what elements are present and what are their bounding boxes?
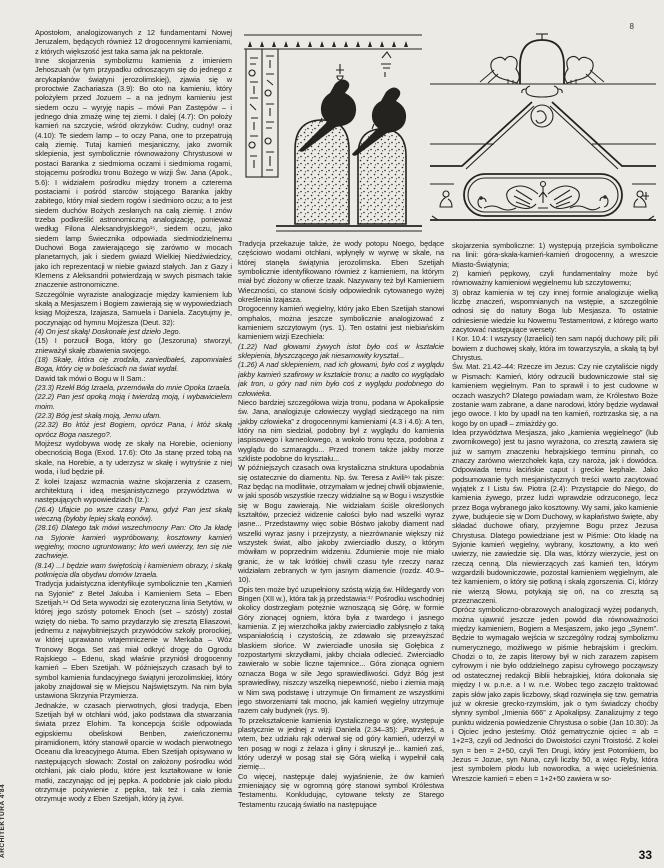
paragraph: (28.16) Dlatego tak mówi wszechmocny Pan…: [35, 523, 232, 560]
outline-falcon-left-icon: [480, 56, 519, 84]
paragraph: W późniejszych czasach owa krystaliczna …: [238, 463, 444, 584]
paragraph: Św. Mat. 21.42–44: Rzecze im Jezus: Czy …: [452, 362, 658, 427]
bottom-page-number: 33: [639, 848, 652, 862]
paragraph: Tradycja przekazuje także, że wody potop…: [238, 239, 444, 304]
paragraph: Oprócz symboliczno-obrazowych analogizac…: [452, 605, 658, 783]
paragraph: Jednakże, w czasach pierwotnych, głosi t…: [35, 701, 232, 804]
paragraph: (1.22) Nad głowami żywych istot było coś…: [238, 342, 444, 361]
winged-goddesses-icon: [507, 182, 580, 209]
falcons-on-benben-stones-illustration: [240, 26, 424, 236]
paragraph: skojarzenia symboliczne: 1) występują pr…: [452, 241, 658, 269]
paragraph: (22.2) Pan jest opoką moją i twierdzą mo…: [35, 392, 232, 411]
kneeling-figure-right-icon: [634, 191, 649, 207]
magazine-page: 8: [0, 0, 664, 868]
text-column-left: Apostołom, analogizowanych z 12 fundamen…: [35, 28, 232, 860]
paragraph: (15) I porzucił Boga, który go (Jeszorun…: [35, 336, 232, 355]
magazine-spine-label: ARCHITEKTURA 4'84: [0, 784, 6, 858]
paragraph: Szczególnie wyraziste analogizacje międz…: [35, 290, 232, 327]
paragraph: Inne skojarzenia symbolizmu kamienia z i…: [35, 56, 232, 290]
text-column-middle: Tradycja przekazuje także, że wody potop…: [238, 239, 444, 859]
paragraph: Idea przywództwa Mesjasza, jako „kamieni…: [452, 428, 658, 606]
paragraph: (22.32) Bo któż jest Bogiem, oprócz Pana…: [35, 420, 232, 439]
paragraph: 2) kamień pępkowy, czyli fundamentalny m…: [452, 269, 658, 288]
paragraph: Dawid tak mówi o Bogu w II Sam.:: [35, 374, 232, 383]
paragraph: (1.26) A nad sklepieniem, nad ich głowam…: [238, 360, 444, 397]
falcons-dome-winged-goddesses-illustration: [424, 26, 662, 236]
paragraph: I Kor. 10.4: I wszyscy (Izraelici) ten s…: [452, 334, 658, 362]
paragraph: 3) obraz kamienia w tej czy innej formie…: [452, 288, 658, 335]
paragraph: Apostołom, analogizowanych z 12 fundamen…: [35, 28, 232, 56]
paragraph: (23.3) Rzekł Bóg Izraela, przemówiła do …: [35, 383, 232, 392]
paragraph: (4) On jest skałą! Doskonałe jest dzieło…: [35, 327, 232, 336]
paragraph: To przekształcenie kamienia krystaliczne…: [238, 716, 444, 772]
outline-falcon-right-icon: [565, 56, 604, 84]
paragraph: (18) Skałę, która cię zrodziła, zaniedba…: [35, 355, 232, 374]
paragraph: Drogocenny kamień węgielny, który jako E…: [238, 304, 444, 341]
paragraph: (26.4) Ufajcie po wsze czasy Panu, gdyż …: [35, 505, 232, 524]
paragraph: Opis ten może być uzupełniony szóstą wiz…: [238, 585, 444, 716]
kneeling-figure-left-icon: [440, 191, 452, 207]
egyptian-drawing-falcons-dome-winged-goddesses-figure: [424, 26, 662, 238]
egyptian-relief-two-falcons-on-benben-stones-figure: [240, 26, 424, 238]
figure-strip: [240, 26, 664, 238]
paragraph: Tradycja judaistyczna identyfikuje symbo…: [35, 579, 232, 700]
paragraph: Nieco bardziej szczegółowa wizja tronu, …: [238, 398, 444, 463]
paragraph: (22.3) Bóg jest skałą moją, Jemu ufam.: [35, 411, 232, 420]
paragraph: (8.14) ...I będzie wam świętością i kami…: [35, 561, 232, 580]
paragraph: Co więcej, następuje dalej wyjaśnienie, …: [238, 772, 444, 809]
text-column-right: skojarzenia symboliczne: 1) występują pr…: [452, 241, 658, 855]
paragraph: Z kolei Izajasz wzmacnia ważne skojarzen…: [35, 477, 232, 505]
paragraph: Mojżesz wydobywa wodę ze skały na Horebi…: [35, 439, 232, 476]
